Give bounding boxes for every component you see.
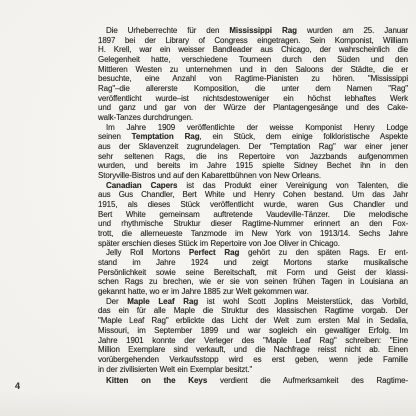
text-segment: ist wohl Scott Joplins Meisterstück, das… [198,297,408,306]
song-title-bold: Temptation Rag [132,132,200,141]
text-segment: wurden am 25. Januar [297,26,408,35]
text-line: in der zivilisierten Welt ein Exemplar b… [98,365,408,375]
text-segment: Storyville-Bistros und auf den Kabarettb… [98,171,321,180]
text-segment: besuchte, eine Anzahl von Ragtime-Pianis… [98,74,408,83]
text-segment: Gelegenheit hatte, verschiedene Tourneen… [98,55,408,64]
song-title-bold: Mississippi Rag [229,26,297,35]
song-title-bold: Perfect Rag [189,248,240,257]
text-segment: gehört zu den späten Rags. Er ent- [239,248,408,257]
text-line: Der Maple Leaf Rag ist wohl Scott Joplin… [98,297,408,307]
paragraph-6: Kitten on the Keys verdient die Aufmerks… [98,376,408,386]
text-line: Rag"–die allererste Komposition, die unt… [98,84,408,94]
text-line: Jelly Roll Mortons Perfect Rag gehört zu… [98,248,408,258]
song-title-bold: Canadian Capers [106,181,177,190]
text-line: Missouri, im September 1899 und war sogl… [98,326,408,336]
text-line: vorübergehenden Verkaufsstopp wird es er… [98,355,408,365]
text-line: walk-Tanzes durchdrungen. [98,113,408,123]
text-segment: schen Rags zu brechen, wie er sie von se… [98,277,408,286]
text-segment: stand im Jahre 1924 und zeigt Mortons st… [98,258,408,267]
text-line: 1915, als dieses Stück veröffentlicht wu… [98,200,408,210]
paragraph-5: Der Maple Leaf Rag ist wohl Scott Joplin… [98,297,408,374]
text-line: das ein für alle Maple die Struktur des … [98,306,408,316]
text-line: veröffentlicht wurde–ist nichtsdestoweni… [98,94,408,104]
text-segment: 1915, als dieses Stück veröffentlicht wu… [98,200,408,209]
text-line: Die Urheberrechte für den Mississippi Ra… [98,26,408,36]
text-segment: und rhythmische Struktur dieser Ragtime-… [98,219,408,228]
text-line: Persönlichkeit sowie seine Bereitschaft,… [98,268,408,278]
text-line: Jahre 1901 konnte der Verleger des "Mapl… [98,336,408,346]
text-line: gekannt hatte, wo er im Jahre 1885 zur W… [98,287,408,297]
text-segment: sehr seltenen Rags, die ins Repertoire v… [98,152,408,161]
text-line: sehr seltenen Rags, die ins Repertoire v… [98,152,408,162]
liner-notes-text: Die Urheberrechte für den Mississippi Ra… [98,26,408,386]
text-segment: Million Exemplare sind verkauft, und die… [98,345,408,354]
paragraph-2: Im Jahre 1909 veröffentlichte der weisse… [98,123,408,181]
text-segment: verdient die Aufmerksamkeit des Ragtime- [207,376,408,385]
text-segment: Missouri, im September 1899 und war sogl… [98,326,408,335]
text-line: wurden, und bereits im Jahre 1915 spielt… [98,161,408,171]
text-line: Gelegenheit hatte, verschiedene Tourneen… [98,55,408,65]
text-segment: gekannt hatte, wo er im Jahre 1885 zur W… [98,287,309,296]
booklet-page: Die Urheberrechte für den Mississippi Ra… [0,0,416,416]
text-line: und rhythmische Struktur dieser Ragtime-… [98,219,408,229]
text-segment: seinen [98,132,132,141]
text-segment: Rag"–die allererste Komposition, die unt… [98,84,408,93]
text-line: Mittleren Westen zu unternehmen und in d… [98,65,408,75]
text-segment: vorübergehenden Verkaufsstopp wird es er… [98,355,408,364]
paragraph-3: Canadian Capers ist das Produkt einer Ve… [98,181,408,249]
text-segment: "Maple Leaf Rag" erblickte das Licht der… [98,316,408,325]
text-line: später erschien dieses Stück im Repertoi… [98,239,408,249]
page-number: 4 [15,381,20,391]
text-line: und ganz und gar von der Würze der Plant… [98,103,408,113]
text-segment: Mittleren Westen zu unternehmen und in d… [98,65,408,74]
text-line: Million Exemplare sind verkauft, und die… [98,345,408,355]
text-segment: ist das Produkt einer Vereinigung von Ta… [177,181,408,190]
text-line: Im Jahre 1909 veröffentlichte der weisse… [98,123,408,133]
text-segment: Die Urheberrechte für den [106,26,229,35]
text-segment: Im Jahre 1909 veröffentlichte der weisse… [106,123,408,132]
text-segment: walk-Tanzes durchdrungen. [98,113,193,122]
text-segment: Der [106,297,127,306]
text-segment: H. Krell, war ein weisser Bandleader aus… [98,45,408,54]
text-segment: später erschien dieses Stück im Repertoi… [98,239,340,248]
song-title-bold: Kitten on the Keys [106,376,207,385]
text-line: H. Krell, war ein weisser Bandleader aus… [98,45,408,55]
text-line: stand im Jahre 1924 und zeigt Mortons st… [98,258,408,268]
text-segment: aus Gus Chandler, Bert White und Henry C… [98,190,408,199]
text-line: besuchte, eine Anzahl von Ragtime-Pianis… [98,74,408,84]
text-line: "Maple Leaf Rag" erblickte das Licht der… [98,316,408,326]
text-segment: trott, die allerneueste Tanzmode im New … [98,229,408,238]
text-segment: veröffentlicht wurde–ist nichtsdestoweni… [98,94,408,103]
text-line: trott, die allerneueste Tanzmode im New … [98,229,408,239]
text-segment: in der zivilisierten Welt ein Exemplar b… [98,365,252,374]
text-line: schen Rags zu brechen, wie er sie von se… [98,277,408,287]
text-segment: wurden, und bereits im Jahre 1915 spielt… [98,161,408,170]
text-segment: , ein Stück, dem einige folkloristische … [200,132,408,141]
text-line: Bert White gemeinsam auftretende Vaudevi… [98,210,408,220]
text-segment: Persönlichkeit sowie seine Bereitschaft,… [98,268,408,277]
text-line: aus Gus Chandler, Bert White und Henry C… [98,190,408,200]
paragraph-4: Jelly Roll Mortons Perfect Rag gehört zu… [98,248,408,296]
text-line: 1897 bei der Library of Congress eingetr… [98,36,408,46]
song-title-bold: Maple Leaf Rag [127,297,198,306]
text-segment: Bert White gemeinsam auftretende Vaudevi… [98,210,408,219]
paragraph-1: Die Urheberrechte für den Mississippi Ra… [98,26,408,123]
text-segment: und ganz und gar von der Würze der Plant… [98,103,408,112]
text-segment: Jelly Roll Mortons [106,248,189,257]
text-line: Kitten on the Keys verdient die Aufmerks… [98,376,408,386]
text-line: aus der Sklavenzeit zugrundelagen. Der "… [98,142,408,152]
text-segment: aus der Sklavenzeit zugrundelagen. Der "… [98,142,408,151]
text-segment: Jahre 1901 konnte der Verleger des "Mapl… [98,336,408,345]
text-segment: das ein für alle Maple die Struktur des … [98,306,408,315]
text-line: seinen Temptation Rag, ein Stück, dem ei… [98,132,408,142]
text-line: Storyville-Bistros und auf den Kabarettb… [98,171,408,181]
text-segment: 1897 bei der Library of Congress eingetr… [98,36,408,45]
text-line: Canadian Capers ist das Produkt einer Ve… [98,181,408,191]
